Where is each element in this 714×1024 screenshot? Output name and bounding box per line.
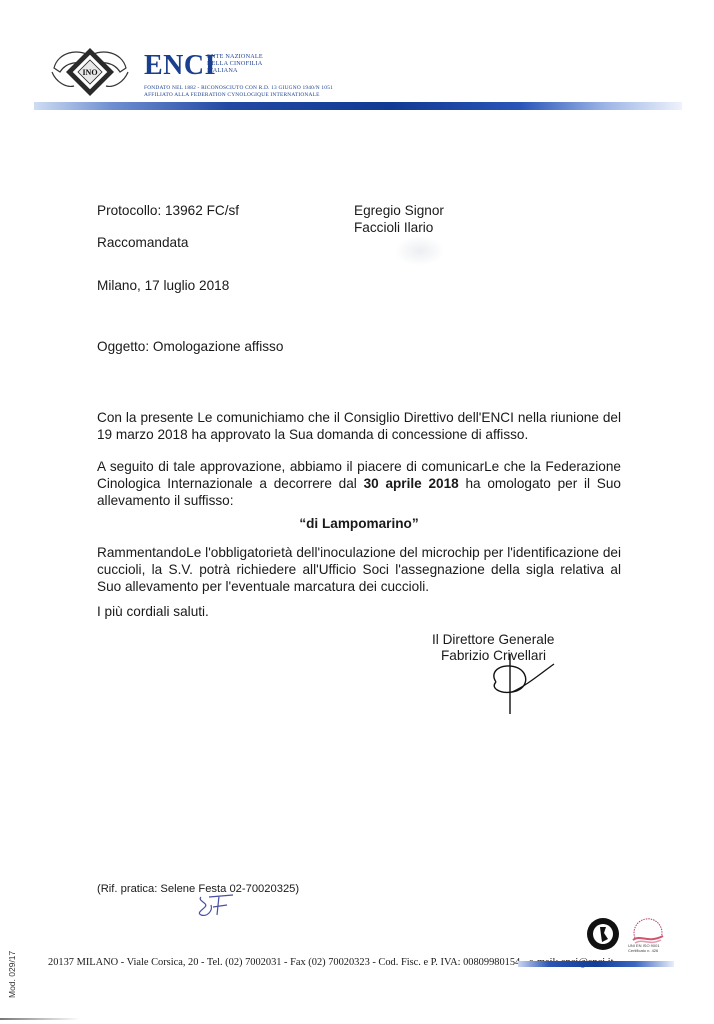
brand-name: ENCI	[144, 50, 216, 82]
footer-divider-bar	[518, 961, 674, 967]
closing-greeting: I più cordiali saluti.	[97, 603, 209, 620]
paragraph-approval: Con la presente Le comunichiamo che il C…	[97, 409, 621, 443]
header-divider-bar	[34, 102, 682, 110]
brand-subtitle-line: ITALIANA	[207, 67, 263, 74]
redacted-address	[395, 236, 445, 266]
svg-text:INO: INO	[82, 68, 97, 77]
form-code-text: Mod. 029/17	[7, 951, 17, 998]
form-code: Mod. 029/17	[5, 940, 19, 1000]
delivery-type: Raccomandata	[97, 234, 188, 251]
brand-subtitle: ENTE NAZIONALE DELLA CINOFILIA ITALIANA	[207, 53, 263, 74]
effective-date: 30 aprile 2018	[364, 476, 459, 491]
founding-line: FONDATO NEL 1882 - RICONOSCIUTO CON R.D.…	[144, 85, 333, 91]
subject-line: Oggetto: Omologazione affisso	[97, 338, 283, 355]
brand-subtitle-line: DELLA CINOFILIA	[207, 60, 263, 67]
recipient-salutation: Egregio Signor	[354, 202, 444, 219]
scan-edge	[0, 1018, 80, 1020]
brand-subtitle-line: ENTE NAZIONALE	[207, 53, 263, 60]
protocol-number: Protocollo: 13962 FC/sf	[97, 202, 239, 219]
iso-certificate-text: UNI EN ISO 9001 Certificato n. 426	[628, 944, 660, 953]
signatory-title: Il Direttore Generale	[432, 631, 554, 648]
kennel-suffix: “di Lampomarino”	[97, 516, 621, 531]
initials-mark	[195, 893, 237, 919]
paragraph-fci: A seguito di tale approvazione, abbiamo …	[97, 458, 621, 509]
paragraph-microchip: RammentandoLe l'obbligatorietà dell'inoc…	[97, 544, 621, 595]
certificate-number: Certificato n. 426	[628, 949, 660, 954]
affiliation-line: AFFILIATO ALLA FEDERATION CYNOLOGIQUE IN…	[144, 92, 320, 98]
place-date: Milano, 17 luglio 2018	[97, 277, 229, 294]
accredia-certification-logo	[586, 917, 620, 951]
recipient-name: Faccioli Ilario	[354, 219, 433, 236]
enci-emblem-logo: INO	[48, 42, 132, 100]
signature-mark	[468, 648, 558, 718]
